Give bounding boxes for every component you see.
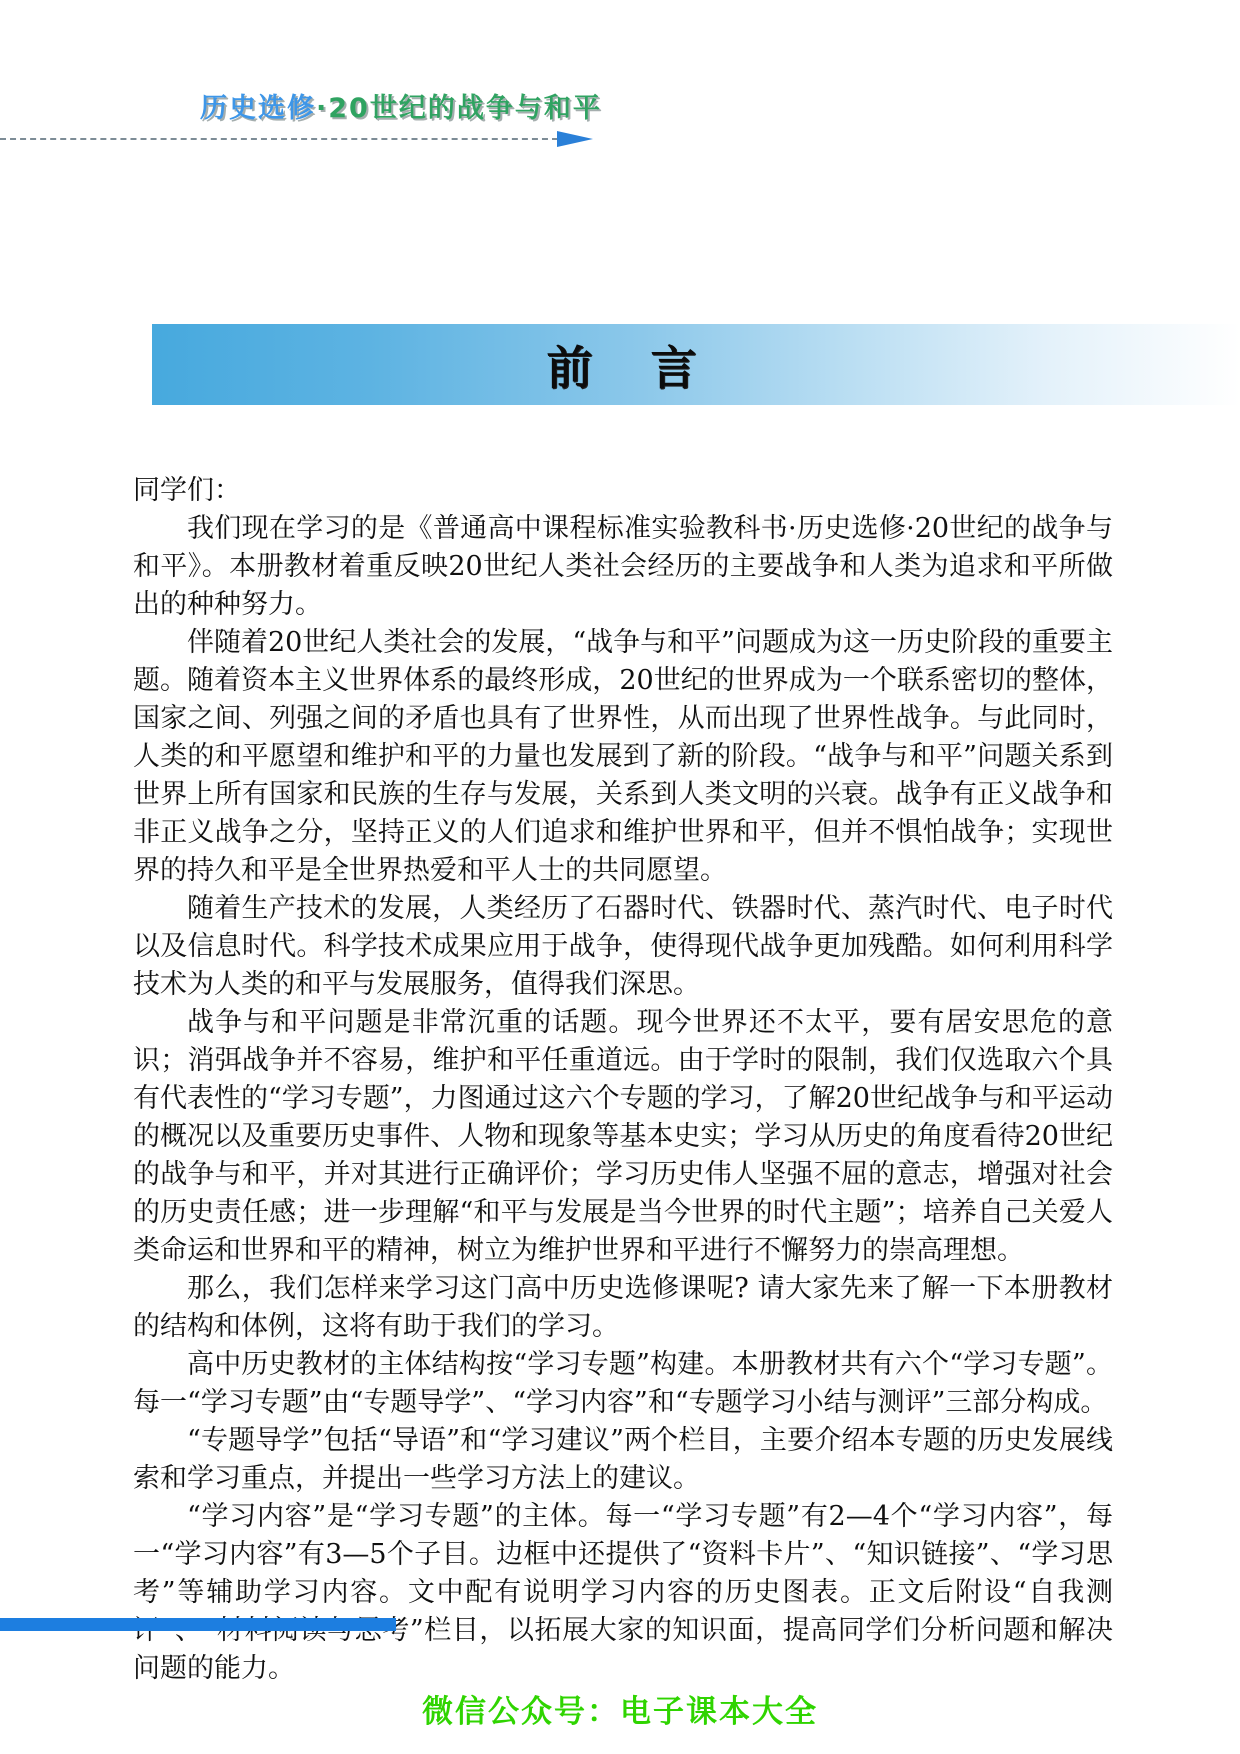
preface-banner: 前 言 [152,324,1240,405]
arrow-right-icon [557,131,593,147]
body-paragraph: “专题导学”包括“导语”和“学习建议”两个栏目，主要介绍本专题的历史发展线索和学… [133,1422,1113,1498]
textbook-page: 历史选修·20世纪的战争与和平 前 言 同学们： 我们现在学习的是《普通高中课程… [0,0,1240,1754]
body-paragraph: 伴随着20世纪人类社会的发展，“战争与和平”问题成为这一历史阶段的重要主题。随着… [133,624,1113,890]
footer-accent-bar [0,1618,396,1631]
body-paragraph: “学习内容”是“学习专题”的主体。每一“学习专题”有2—4个“学习内容”，每一“… [133,1498,1113,1688]
preface-title: 前 言 [152,324,1097,405]
body-paragraph: 那么，我们怎样来学习这门高中历史选修课呢? 请大家先来了解一下本册教材的结构和体… [133,1270,1113,1346]
body-paragraph: 高中历史教材的主体结构按“学习专题”构建。本册教材共有六个“学习专题”。每一“学… [133,1346,1113,1422]
body-paragraph: 随着生产技术的发展，人类经历了石器时代、铁器时代、蒸汽时代、电子时代以及信息时代… [133,890,1113,1004]
salutation-line: 同学们： [133,472,1113,510]
header-dashed-rule [0,138,558,140]
body-paragraph: 我们现在学习的是《普通高中课程标准实验教科书·历史选修·20世纪的战争与和平》。… [133,510,1113,624]
page-header-title: 历史选修·20世纪的战争与和平 [200,86,602,125]
preface-body: 同学们： 我们现在学习的是《普通高中课程标准实验教科书·历史选修·20世纪的战争… [133,472,1113,1688]
header-series-name: 历史选修 [200,93,316,124]
body-paragraph: 战争与和平问题是非常沉重的话题。现今世界还不太平，要有居安思危的意识；消弭战争并… [133,1004,1113,1270]
wechat-watermark: 微信公众号：电子课本大全 [0,1686,1240,1731]
header-volume-name: ·20世纪的战争与和平 [316,93,602,124]
